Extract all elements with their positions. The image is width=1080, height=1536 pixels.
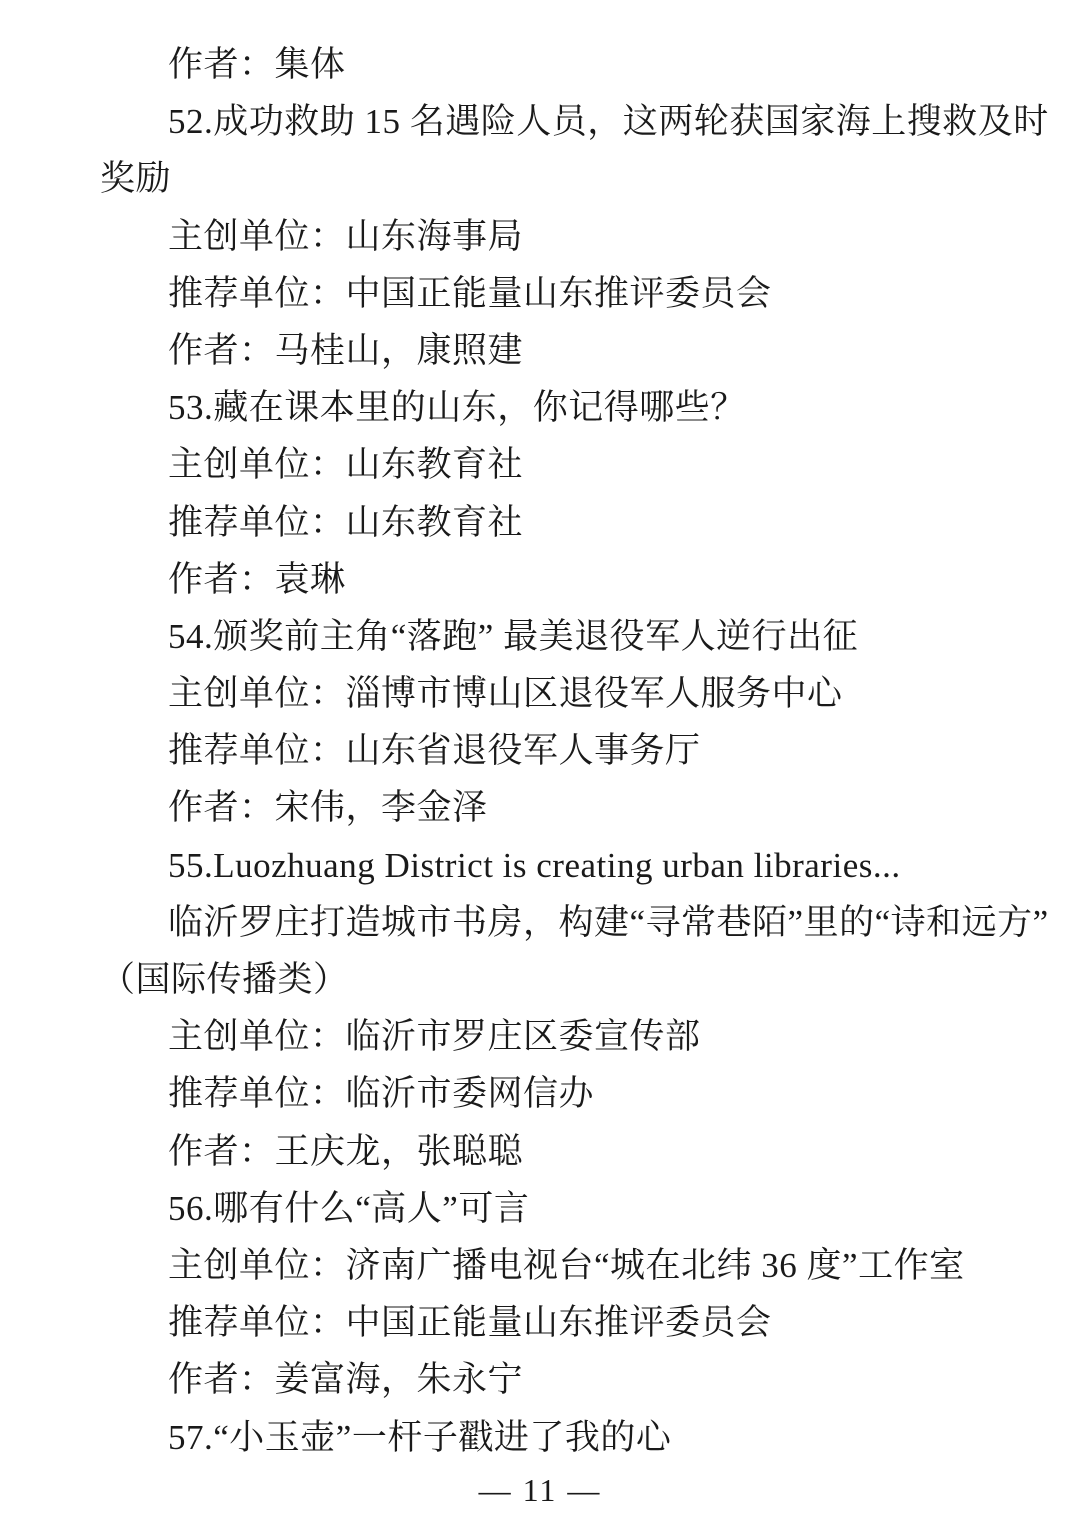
entry56-creator-unit: 主创单位：济南广播电视台“城在北纬 36 度”工作室	[100, 1237, 992, 1294]
entry55-category: （国际传播类）	[100, 951, 992, 1008]
entry51-author-line: 作者：集体	[100, 36, 992, 93]
entry52-creator-unit: 主创单位：山东海事局	[100, 208, 992, 265]
entry56-title: 56.哪有什么“高人”可言	[100, 1180, 992, 1237]
entry55-title-chinese: 临沂罗庄打造城市书房，构建“寻常巷陌”里的“诗和远方”	[100, 894, 992, 951]
entry56-recommender-unit: 推荐单位：中国正能量山东推评委员会	[100, 1294, 992, 1351]
entry55-recommender-unit: 推荐单位：临沂市委网信办	[100, 1065, 992, 1122]
entry53-authors: 作者：袁琳	[100, 551, 992, 608]
page-footer: — 11 —	[0, 1472, 1080, 1509]
entry55-authors: 作者：王庆龙，张聪聪	[100, 1123, 992, 1180]
entry53-creator-unit: 主创单位：山东教育社	[100, 436, 992, 493]
entry52-title-part1: 52.成功救助 15 名遇险人员，这两轮获国家海上搜救及时	[100, 93, 992, 150]
document-page: 作者：集体 52.成功救助 15 名遇险人员，这两轮获国家海上搜救及时 奖励 主…	[0, 0, 1080, 1536]
entry54-creator-unit: 主创单位：淄博市博山区退役军人服务中心	[100, 665, 992, 722]
entry53-recommender-unit: 推荐单位：山东教育社	[100, 494, 992, 551]
entry52-recommender-unit: 推荐单位：中国正能量山东推评委员会	[100, 265, 992, 322]
entry55-creator-unit: 主创单位：临沂市罗庄区委宣传部	[100, 1008, 992, 1065]
document-body: 作者：集体 52.成功救助 15 名遇险人员，这两轮获国家海上搜救及时 奖励 主…	[100, 36, 992, 1466]
page-number: — 11 —	[479, 1472, 602, 1508]
entry52-authors: 作者：马桂山，康照建	[100, 322, 992, 379]
entry53-title: 53.藏在课本里的山东，你记得哪些？	[100, 379, 992, 436]
entry54-authors: 作者：宋伟，李金泽	[100, 779, 992, 836]
entry57-title: 57.“小玉壶”一杆子戳进了我的心	[100, 1409, 992, 1466]
entry52-title-part2: 奖励	[100, 150, 992, 207]
entry54-title: 54.颁奖前主角“落跑” 最美退役军人逆行出征	[100, 608, 992, 665]
entry54-recommender-unit: 推荐单位：山东省退役军人事务厅	[100, 722, 992, 779]
entry56-authors: 作者：姜富海，朱永宁	[100, 1351, 992, 1408]
entry55-title-english: 55.Luozhuang District is creating urban …	[100, 837, 992, 894]
